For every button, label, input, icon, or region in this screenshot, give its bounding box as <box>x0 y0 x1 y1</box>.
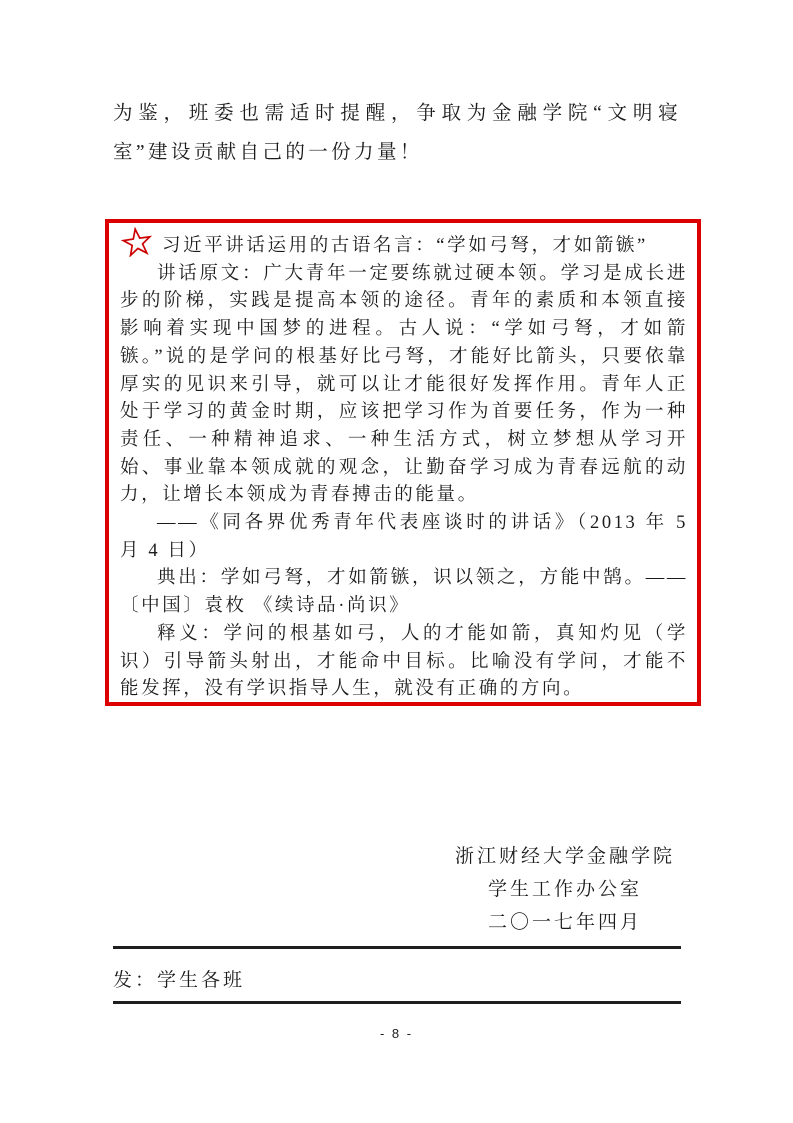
signature-line-organization: 浙江财经大学金融学院 <box>415 840 715 873</box>
signature-block: 浙江财经大学金融学院 学生工作办公室 二〇一七年四月 <box>415 840 715 939</box>
box-paragraph-explanation: 释义：学问的根基如弓，人的才能如箭，真知灼见（学识）引导箭头射出，才能命中目标。… <box>120 621 688 704</box>
box-paragraph-speech: 讲话原文：广大青年一定要练就过硬本领。学习是成长进步的阶梯，实践是提高本领的途径… <box>120 261 688 510</box>
highlight-box: 习近平讲话运用的古语名言：“学如弓弩，才如箭镞” 讲话原文：广大青年一定要练就过… <box>105 219 701 706</box>
box-title-text: 习近平讲话运用的古语名言：“学如弓弩，才如箭镞” <box>162 236 648 256</box>
divider-top <box>113 946 681 949</box>
page-number: - 8 - <box>0 1026 793 1041</box>
signature-line-date: 二〇一七年四月 <box>415 906 715 939</box>
document-page: 为鉴，班委也需适时提醒，争取为金融学院“文明寝室”建设贡献自己的一份力量！ 习近… <box>0 0 793 1123</box>
box-title-line: 习近平讲话运用的古语名言：“学如弓弩，才如箭镞” <box>120 227 688 261</box>
red-star-outline-icon <box>120 227 154 257</box>
box-paragraph-origin: 典出：学如弓弩，才如箭镞，识以领之，方能中鹄。——〔中国〕袁枚 《续诗品·尚识》 <box>120 565 688 620</box>
signature-line-office: 学生工作办公室 <box>415 873 715 906</box>
divider-bottom <box>113 1001 681 1004</box>
distribution-line: 发：学生各班 <box>113 965 245 992</box>
box-paragraph-source: ——《同各界优秀青年代表座谈时的讲话》（2013 年 5 月 4 日） <box>120 510 688 565</box>
opening-paragraph: 为鉴，班委也需适时提醒，争取为金融学院“文明寝室”建设贡献自己的一份力量！ <box>113 94 681 172</box>
